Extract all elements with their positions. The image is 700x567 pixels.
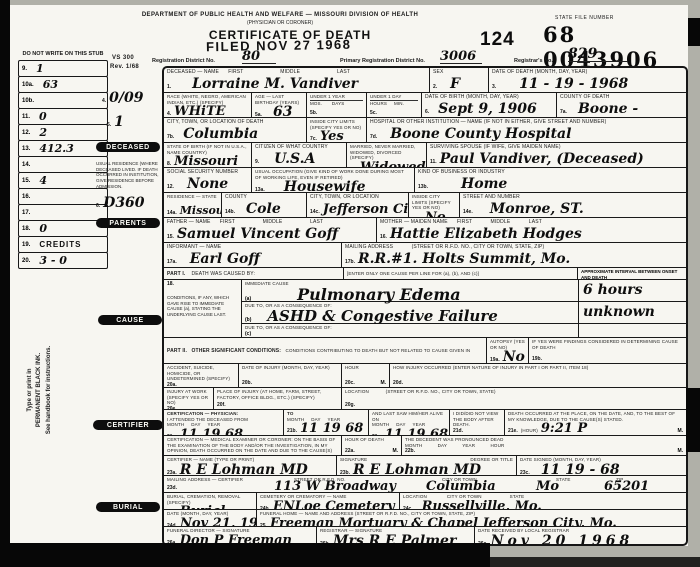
field-label: SEX — [433, 69, 485, 75]
stub-row-10b: 10b. — [18, 92, 108, 109]
row-certifier-name: CERTIFIER — NAME (TYPE OR PRINT) 23a.R E… — [164, 456, 686, 476]
part2-conditions: PART II. OTHER SIGNIFICANT CONDITIONS: C… — [164, 338, 487, 363]
item-number: 20d. — [393, 380, 403, 386]
county-of-death-value: Boone - — [578, 102, 638, 116]
enter-one-cause-note: [ENTER ONLY ONE CAUSE PER LINE FOR (a), … — [344, 268, 578, 279]
stub-row-value: 0 — [39, 223, 47, 234]
citizen-value: U.S.A — [274, 152, 315, 166]
field-age: AGE — LAST BIRTHDAY (YEARS) 5a.63 — [252, 93, 307, 117]
item-number: 4. — [102, 98, 106, 104]
informant-value: Earl Goff — [190, 252, 260, 266]
certifier-zip-value: 65201 — [604, 480, 649, 492]
row-burial-1: BURIAL, CREMATION, REMOVAL (SPECIFY) 24a… — [164, 493, 686, 510]
field-certifier-signature: SIGNATURE DEGREE OR TITLE 23b.R E Lohman… — [337, 456, 517, 475]
stub-row-17: 17. — [18, 204, 108, 221]
field-residence-county: COUNTY 14b.Cole — [222, 193, 307, 217]
item-number: 21c. — [372, 434, 382, 435]
field-sex: SEX 2.F — [430, 68, 489, 92]
field-autopsy: AUTOPSY (YES OR NO) 19a.No — [487, 338, 529, 363]
interval-c — [578, 324, 686, 338]
item-number: 11. — [430, 159, 437, 165]
field-sublabel: HOURS MIN. — [370, 100, 418, 107]
field-street-number: STREET AND NUMBER 14e.Monroe, ST. — [460, 193, 686, 217]
cause-b-value: ASHD & Congestive Failure — [267, 309, 497, 324]
field-under-1-day: UNDER 1 DAY HOURS MIN. 5c. — [367, 93, 422, 117]
field-deceased-name: DECEASED — NAME FIRST MIDDLE LAST 1.Lorr… — [164, 68, 430, 92]
certifier-name-value: R E Lohman MD — [180, 463, 308, 475]
item-number: 6. — [96, 203, 100, 209]
certificate-form: DECEASED — NAME FIRST MIDDLE LAST 1.Lorr… — [162, 66, 688, 546]
field-business-industry: KIND OF BUSINESS OR INDUSTRY 13b.Home — [415, 168, 686, 192]
burial-type-value: Burial — [180, 505, 226, 509]
field-place-of-injury: PLACE OF INJURY (AT HOME, FARM, STREET, … — [214, 388, 342, 409]
field-label: HOUR — [345, 365, 386, 371]
field-residence-state: RESIDENCE — STATE 14a.Missouri — [164, 193, 222, 217]
item-number: 17b. — [345, 259, 355, 265]
ink-note-line: See handbook for instructions. — [45, 305, 54, 475]
mother-name-value: Hattie Elizabeth Hodges — [390, 227, 582, 241]
stub-row-number: 18. — [22, 226, 30, 232]
item-number: 8. — [167, 161, 171, 167]
field-city-of-death: CITY, TOWN, OR LOCATION OF DEATH 7b.Colu… — [164, 118, 307, 142]
row-informant: INFORMANT — NAME 17a.Earl Goff MAILING A… — [164, 243, 686, 268]
field-label: PLACE OF INJURY (AT HOME, FARM, STREET, … — [217, 389, 338, 400]
item-number: 19a. — [490, 357, 500, 363]
item-number: 23b. — [340, 470, 350, 475]
ink-note-line: PERMANENT BLACK INK. — [35, 305, 44, 475]
item-number: 5b. — [310, 110, 317, 116]
certificate-page: DEPARTMENT OF PUBLIC HEALTH AND WELFARE … — [10, 5, 688, 546]
field-marital-status: MARRIED, NEVER MARRIED, WIDOWED, DIVORCE… — [347, 143, 427, 167]
item-number: 23d. — [167, 485, 177, 491]
filed-date-stamp: FILED NOV 27 1968 — [206, 37, 352, 55]
field-informant-mailing-address: MAILING ADDRESS (STREET OR R.F.D. NO., C… — [342, 243, 686, 267]
field-occupation: USUAL OCCUPATION (GIVE KIND OF WORK DONE… — [252, 168, 415, 192]
field-findings-considered: IF YES WERE FINDINGS CONSIDERED IN DETER… — [529, 338, 686, 363]
part2-label: PART II. — [167, 348, 187, 354]
form-number: VS 300 — [112, 55, 134, 61]
stub-row-number: 17. — [22, 210, 30, 216]
line-tag: (c) — [245, 331, 251, 337]
cause-lines: IMMEDIATE CAUSE (a)Pulmonary Edema 6 hou… — [242, 280, 686, 337]
interval-a-value: 6 hours — [583, 282, 643, 298]
item-number: 23c. — [520, 470, 530, 475]
item-number: 7d. — [370, 134, 377, 140]
item-number: 20e. — [167, 406, 177, 409]
field-label: DEATH OCCURRED AT THE PLACE, ON THE DATE… — [508, 411, 683, 422]
interval-b-value: unknown — [583, 304, 655, 320]
row-part1-header: PART I. DEATH WAS CAUSED BY: [ENTER ONLY… — [164, 268, 686, 280]
row-certification-physician: CERTIFICATION — PHYSICIAN: I ATTENDED TH… — [164, 410, 686, 436]
field-surviving-spouse: SURVIVING SPOUSE (IF WIFE, GIVE MAIDEN N… — [427, 143, 686, 167]
cause-line-c: DUE TO, OR AS A CONSEQUENCE OF: (c) — [242, 324, 686, 338]
row-burial-2: DATE (MONTH, DAY, YEAR) 24d.Nov 21, 1968… — [164, 510, 686, 527]
item-number: 21a. — [167, 434, 177, 435]
field-date-of-injury: DATE OF INJURY (MONTH, DAY, YEAR) 20b. — [239, 364, 342, 387]
interval-b: unknown — [578, 302, 686, 323]
registrar-no-value: 829 — [568, 47, 628, 62]
note-text: [ENTER ONLY ONE CAUSE PER LINE FOR (a), … — [347, 271, 574, 277]
stub-row-number: 13. — [22, 146, 30, 152]
stub-row-number: 9. — [22, 66, 27, 72]
certifier-street-value: 113 W Broadway — [274, 480, 396, 492]
registrar-no-label: Registrar's No. — [514, 58, 553, 64]
stub-row-value: 63 — [43, 79, 58, 90]
film-edge-bottom — [0, 543, 490, 567]
item-number: 7b. — [167, 134, 174, 140]
item-number: 20c. — [345, 380, 355, 386]
field-label: FATHER — NAME FIRST MIDDLE LAST — [167, 219, 373, 225]
field-label: HOW INJURY OCCURRED (ENTER NATURE OF INJ… — [393, 365, 683, 371]
cause-line-a: IMMEDIATE CAUSE (a)Pulmonary Edema 6 hou… — [242, 280, 686, 302]
item-number: 20g. — [345, 402, 355, 408]
field-hospital: HOSPITAL OR OTHER INSTITUTION — NAME (IF… — [367, 118, 686, 142]
meridiem-label: M. — [380, 380, 386, 386]
field-label: I DID/DID NOT VIEW THE BODY AFTER DEATH. — [453, 411, 501, 428]
item-number: 16. — [380, 234, 387, 240]
stub-row-value: CREDITS — [39, 241, 81, 249]
section-pill-burial: BURIAL — [96, 502, 160, 512]
conditions-note: CONDITIONS, IF ANY, WHICH GAVE RISE TO I… — [167, 295, 238, 318]
field-label: KIND OF BUSINESS OR INDUSTRY — [418, 169, 683, 175]
state-file-number-label: STATE FILE NUMBER — [555, 15, 614, 21]
part2-title: OTHER SIGNIFICANT CONDITIONS: — [191, 348, 281, 354]
stub-row-number: 16. — [22, 194, 30, 200]
field-label: HOSPITAL OR OTHER INSTITUTION — NAME (IF… — [370, 119, 683, 125]
item-number: 19b. — [532, 356, 542, 362]
residence-county-value: Cole — [246, 202, 281, 216]
film-edge-left — [0, 0, 10, 567]
occupation-value: Housewife — [284, 180, 366, 192]
field-label: IF YES WERE FINDINGS CONSIDERED IN DETER… — [532, 339, 683, 350]
item-value: D360 — [103, 196, 144, 210]
field-label: DECEASED — NAME FIRST MIDDLE LAST — [167, 69, 426, 75]
item-number: 14e. — [463, 209, 473, 215]
meridiem-label: M. — [677, 428, 683, 434]
stub-row-9: 9.1 — [18, 60, 108, 77]
date-signed-value: 11 19 - 68 — [541, 463, 620, 475]
meridiem-label: M. — [392, 448, 398, 454]
item-number: 3. — [492, 84, 496, 90]
state-of-birth-value: Missouri — [174, 155, 238, 167]
row-injury-1: ACCIDENT, SUICIDE, HOMICIDE, OR UNDETERM… — [164, 364, 686, 388]
row-parents: FATHER — NAME FIRST MIDDLE LAST 15.Samue… — [164, 218, 686, 243]
item-number: 5. — [107, 122, 111, 128]
field-label: INSIDE CITY LIMITS (SPECIFY YES OR NO) — [412, 194, 456, 211]
field-attended-to: TO MONTH DAY YEAR 21b.11 19 68 — [284, 410, 369, 435]
item-number: 7a. — [560, 109, 567, 115]
margin-item-6: 6.D360 — [96, 196, 145, 210]
item-number: 18. — [167, 281, 174, 287]
part1-label: PART I. — [167, 271, 185, 277]
race-value: WHiTE — [174, 105, 225, 117]
field-pronounced-dead: THE DECEDENT WAS PRONOUNCED DEAD MONTH D… — [402, 436, 686, 455]
date-of-death-value: 11 - 19 - 1968 — [519, 77, 628, 91]
marital-status-value: Widowed — [360, 161, 426, 167]
row-injury-2: INJURY AT WORK (SPECIFY YES OR NO) 20e. … — [164, 388, 686, 410]
row-cause-of-death: 18. CONDITIONS, IF ANY, WHICH GAVE RISE … — [164, 280, 686, 338]
ink-note-line: Type or print in — [26, 305, 35, 475]
item-number: 24b. — [260, 506, 270, 509]
certifier-state-value: Mo — [536, 480, 559, 492]
field-cemetery-name: CEMETERY OR CREMATORY — NAME 24b.ENLoe C… — [257, 493, 400, 509]
cemetery-location-value: Russellville, Mo. — [422, 500, 542, 509]
item-number: 9. — [255, 159, 259, 165]
item-number: 5a. — [255, 112, 262, 117]
stub-row-number: 19. — [22, 242, 30, 248]
item-number: 17a. — [167, 259, 177, 265]
hour-of-death-value: 9:21 P — [541, 422, 587, 435]
field-label: DATE OF DEATH (MONTH, DAY, YEAR) — [492, 69, 683, 75]
coroner-label: CERTIFICATION — MEDICAL EXAMINER OR CORO… — [167, 437, 338, 455]
part1-header: PART I. DEATH WAS CAUSED BY: — [164, 268, 344, 279]
cemetery-name-value: ENLoe Cemetery — [273, 500, 395, 509]
item-number: 6. — [425, 109, 429, 115]
item-value: 0/09 — [109, 91, 143, 105]
social-security-value: None — [187, 177, 228, 191]
stub-row-number: 10a. — [22, 82, 34, 88]
city-of-death-value: Columbia — [183, 127, 258, 141]
field-injury-location: LOCATION (STREET OR R.F.D. NO., CITY OR … — [342, 388, 686, 409]
margin-item-5: 5.1 — [107, 115, 124, 129]
field-certifier-name: CERTIFIER — NAME (TYPE OR PRINT) 23a.R E… — [164, 456, 337, 475]
stub-row-number: 11. — [22, 114, 30, 120]
business-industry-value: Home — [461, 177, 507, 191]
item-number: 14a. — [167, 210, 177, 216]
stub-row-value: 0 — [39, 111, 47, 122]
street-number-value: Monroe, ST. — [490, 202, 584, 216]
field-cemetery-location: LOCATION CITY OR TOWN STATE 24c.Russellv… — [400, 493, 686, 509]
item-number: 24d. — [167, 523, 177, 526]
field-social-security: SOCIAL SECURITY NUMBER 12.None — [164, 168, 252, 192]
stub-row-20: 20.3 - 0 — [18, 252, 108, 269]
informant-mailing-value: R.R.#1. Holts Summit, Mo. — [358, 252, 570, 266]
stub-row-value: 4 — [39, 175, 47, 186]
field-last-saw-alive: AND LAST SAW HIM/HER ALIVE ON MONTH DAY … — [369, 410, 450, 435]
burial-date-value: Nov 21, 1968 — [180, 517, 257, 526]
field-label: STREET AND NUMBER — [463, 194, 683, 200]
film-mark-mid-right — [686, 388, 700, 452]
field-date-received: DATE RECEIVED BY LOCAL REGISTRAR 26c.Nov… — [475, 527, 686, 544]
stub-row-14: 14. — [18, 156, 108, 173]
autopsy-value: No — [503, 350, 525, 363]
interval-a: 6 hours — [578, 280, 686, 301]
margin-item-4: 4.0/09 — [102, 91, 144, 105]
primary-district-label: Primary Registration District No. — [340, 58, 425, 64]
field-informant: INFORMANT — NAME 17a.Earl Goff — [164, 243, 342, 267]
residence-city-value: Jefferson City — [323, 203, 409, 216]
field-burial-type: BURIAL, CREMATION, REMOVAL (SPECIFY) 24a… — [164, 493, 257, 509]
field-label: LOCATION (STREET OR R.F.D. NO., CITY OR … — [345, 389, 683, 395]
department-line: DEPARTMENT OF PUBLIC HEALTH AND WELFARE … — [80, 12, 480, 18]
field-label: CITIZEN OF WHAT COUNTRY — [255, 144, 343, 150]
item-number: 13a. — [255, 187, 265, 192]
field-death-occurred-hour: DEATH OCCURRED AT THE PLACE, ON THE DATE… — [505, 410, 686, 435]
field-residence-city: CITY, TOWN, OR LOCATION 14c.Jefferson Ci… — [307, 193, 409, 217]
item-number: 1. — [167, 84, 171, 90]
item-number: 22b. — [405, 448, 415, 454]
field-father-name: FATHER — NAME FIRST MIDDLE LAST 15.Samue… — [164, 218, 377, 242]
film-mark-top-right — [688, 18, 700, 46]
field-label: SURVIVING SPOUSE (IF WIFE, GIVE MAIDEN N… — [430, 144, 683, 150]
row-part2: PART II. OTHER SIGNIFICANT CONDITIONS: C… — [164, 338, 686, 364]
registration-district-label: Registration District No. — [152, 58, 215, 64]
form-revision: Rev. 1/68 — [110, 64, 139, 70]
field-label: DATE OF INJURY (MONTH, DAY, YEAR) — [242, 365, 338, 371]
caused-by-label: DEATH WAS CAUSED BY: — [191, 271, 255, 277]
residence-city-limits-value: No — [425, 211, 446, 217]
stub-row-value: 3 - 0 — [39, 255, 67, 266]
row-burial-3: FUNERAL DIRECTOR — SIGNATURE 26a.Don P F… — [164, 527, 686, 544]
date-received-value: Nov 20 1968 — [491, 534, 633, 544]
section-pill-parents: PARENTS — [96, 218, 160, 228]
stub-row-number: 20. — [22, 258, 30, 264]
line-tag: (b) — [245, 317, 251, 323]
field-label: MOTHER — MAIDEN NAME FIRST MIDDLE LAST — [380, 219, 683, 225]
field-date-signed: DATE SIGNED (MONTH, DAY, YEAR) 23c.11 19… — [517, 456, 686, 475]
field-label: ACCIDENT, SUICIDE, HOMICIDE, OR UNDETERM… — [167, 365, 235, 382]
page-number: 124 — [480, 29, 515, 51]
permanent-ink-note: Type or print in PERMANENT BLACK INK. Se… — [26, 305, 52, 475]
section-pill-certifier: CERTIFIER — [93, 420, 163, 430]
section-pill-cause: CAUSE — [98, 315, 162, 325]
field-label: MAILING ADDRESS (STREET OR R.F.D. NO., C… — [345, 244, 683, 250]
stub-row-15: 15.4 — [18, 172, 108, 189]
registration-district-value: 80 — [242, 50, 276, 64]
item-number: 21b. — [287, 428, 297, 434]
field-injury-at-work: INJURY AT WORK (SPECIFY YES OR NO) 20e. — [164, 388, 214, 409]
stub-row-value: 1 — [36, 63, 44, 74]
field-hour-of-death-coroner: HOUR OF DEATH 22a.M. — [342, 436, 402, 455]
attended-from-value: 11 19 68 — [180, 428, 243, 435]
certifier-signature-value: R E Lohman MD — [353, 463, 481, 475]
stub-row-13: 13.412.3 — [18, 140, 108, 157]
stub-title: DO NOT WRITE ON THIS STUB — [18, 51, 108, 58]
field-date-of-birth: DATE OF BIRTH (MONTH, DAY, YEAR) 6.Sept … — [422, 93, 557, 117]
usual-residence-note: USUAL RESIDENCE (WHERE DECEASED LIVED. I… — [96, 161, 162, 189]
stub-row-11: 11.0 — [18, 108, 108, 125]
field-state-of-birth: STATE OF BIRTH (IF NOT IN U.S.A., NAME C… — [164, 143, 252, 167]
stub-row-number: 15. — [22, 178, 30, 184]
stub-row-number: 14. — [22, 162, 30, 168]
row-city-hospital: CITY, TOWN, OR LOCATION OF DEATH 7b.Colu… — [164, 118, 686, 143]
meridiem-label: M. — [677, 448, 683, 454]
residence-state-value: Missouri — [180, 205, 222, 216]
interval-label: APPROXIMATE INTERVAL BETWEEN ONSET AND D… — [581, 269, 683, 279]
field-under-1-year: UNDER 1 YEAR MOS. DAYS 5b. — [307, 93, 367, 117]
field-label: HOUR OF DEATH — [345, 437, 398, 443]
item-number: 4. — [167, 111, 171, 117]
field-inside-city-limits-death: INSIDE CITY LIMITS (SPECIFY YES OR NO) 7… — [307, 118, 367, 142]
field-label: CITY, TOWN, OR LOCATION OF DEATH — [167, 119, 303, 125]
item-number: 7c. — [310, 136, 317, 142]
item-number: 22a. — [345, 448, 355, 454]
film-edge-bottom-right — [490, 557, 700, 567]
row-certifier-mailing: MAILING ADDRESS — CERTIFIER 23d. STREET … — [164, 476, 686, 493]
line-tag: (a) — [245, 296, 251, 302]
stub-row-number: 10b. — [22, 98, 34, 104]
item-value: 1 — [114, 115, 124, 129]
certifier-city-value: Columbia — [426, 480, 496, 492]
item-number: 14c. — [310, 209, 320, 215]
attended-to-value: 11 19 68 — [300, 422, 363, 435]
row-name-sex-death: DECEASED — NAME FIRST MIDDLE LAST 1.Lorr… — [164, 68, 686, 93]
field-funeral-home: FUNERAL HOME — NAME AND ADDRESS (STREET … — [257, 510, 686, 526]
row-certification-coroner: CERTIFICATION — MEDICAL EXAMINER OR CORO… — [164, 436, 686, 456]
father-name-value: Samuel Vincent Goff — [177, 227, 338, 241]
field-hour-of-injury: HOUR 20c.M. — [342, 364, 390, 387]
interval-header: APPROXIMATE INTERVAL BETWEEN ONSET AND D… — [578, 268, 686, 279]
section-pill-deceased: DECEASED — [96, 142, 160, 152]
item-number: 2. — [433, 84, 437, 90]
field-viewed-body: I DID/DID NOT VIEW THE BODY AFTER DEATH.… — [450, 410, 505, 435]
cause-left-note: 18. CONDITIONS, IF ANY, WHICH GAVE RISE … — [164, 280, 242, 337]
field-label: AND LAST SAW HIM/HER ALIVE ON — [372, 411, 446, 422]
field-label: DATE OF BIRTH (MONTH, DAY, YEAR) — [425, 94, 553, 100]
physician-coroner-line: (PHYSICIAN OR CORONER) — [80, 20, 480, 26]
item-number: 25. — [260, 523, 267, 526]
field-label: COUNTY — [225, 194, 303, 200]
field-label: INJURY AT WORK (SPECIFY YES OR NO) — [167, 389, 210, 406]
item-number: 23a. — [167, 470, 177, 475]
stub-row-19: 19.CREDITS — [18, 236, 108, 253]
stub-row-16: 16. — [18, 188, 108, 205]
stub-row-value: 2 — [39, 127, 47, 138]
deceased-name-value: Lorraine M. Vandiver — [192, 77, 358, 91]
sex-value: F — [450, 77, 460, 91]
field-label: SOCIAL SECURITY NUMBER — [167, 169, 248, 175]
item-number: 21e. — [508, 428, 518, 434]
item-number: 15. — [167, 234, 174, 240]
field-citizen-of: CITIZEN OF WHAT COUNTRY 9.U.S.A — [252, 143, 347, 167]
do-not-write-stub: DO NOT WRITE ON THIS STUB 9.1 10a.63 10b… — [18, 51, 108, 269]
field-registrar-signature: REGISTRAR — SIGNATURE 26b.Mrs R E Palmer — [317, 527, 475, 544]
item-number: 14b. — [225, 209, 235, 215]
item-number: 21d. — [453, 428, 463, 434]
coroner-certification-text: CERTIFICATION — MEDICAL EXAMINER OR CORO… — [164, 436, 342, 455]
cause-line-b: DUE TO, OR AS A CONSEQUENCE OF: (b)ASHD … — [242, 302, 686, 324]
primary-district-value: 3006 — [440, 50, 482, 64]
field-how-injury-occurred: HOW INJURY OCCURRED (ENTER NATURE OF INJ… — [390, 364, 686, 387]
item-number: 13b. — [418, 184, 428, 190]
field-label: INFORMANT — NAME — [167, 244, 338, 250]
surviving-spouse-value: Paul Vandiver, (Deceased) — [440, 152, 644, 166]
date-of-birth-value: Sept 9, 1906 — [438, 102, 537, 116]
stub-row-12: 12.2 — [18, 124, 108, 141]
last-saw-alive-value: 11 19 68 — [385, 428, 448, 435]
field-county-of-death: COUNTY OF DEATH 7a.Boone - — [557, 93, 686, 117]
age-value: 63 — [273, 105, 292, 117]
field-sublabel: MOS. DAYS — [310, 100, 363, 107]
row-race-age-birth: RACE (WHITE, NEGRO, AMERICAN INDIAN, ETC… — [164, 93, 686, 118]
item-number: 5c. — [370, 110, 377, 116]
field-label: COUNTY OF DEATH — [560, 94, 683, 100]
item-number: 24c. — [403, 506, 413, 509]
field-label: CITY, TOWN, OR LOCATION — [310, 194, 405, 200]
field-date-of-death: DATE OF DEATH (MONTH, DAY, YEAR) 3.11 - … — [489, 68, 686, 92]
field-certifier-mailing-address: MAILING ADDRESS — CERTIFIER 23d. STREET … — [164, 476, 686, 492]
stub-row-number: 12. — [22, 130, 30, 136]
field-residence-city-limits: INSIDE CITY LIMITS (SPECIFY YES OR NO) 1… — [409, 193, 460, 217]
field-attended-from: CERTIFICATION — PHYSICIAN: I ATTENDED TH… — [164, 410, 284, 435]
field-race: RACE (WHITE, NEGRO, AMERICAN INDIAN, ETC… — [164, 93, 252, 117]
hospital-value: Boone County Hospital — [390, 127, 571, 141]
item-number: 20f. — [217, 402, 226, 408]
row-birth-citizen-marital: STATE OF BIRTH (IF NOT IN U.S.A., NAME C… — [164, 143, 686, 168]
field-mother-name: MOTHER — MAIDEN NAME FIRST MIDDLE LAST 1… — [377, 218, 686, 242]
item-number: 12. — [167, 184, 174, 190]
field-label: MARRIED, NEVER MARRIED, WIDOWED, DIVORCE… — [350, 144, 423, 161]
